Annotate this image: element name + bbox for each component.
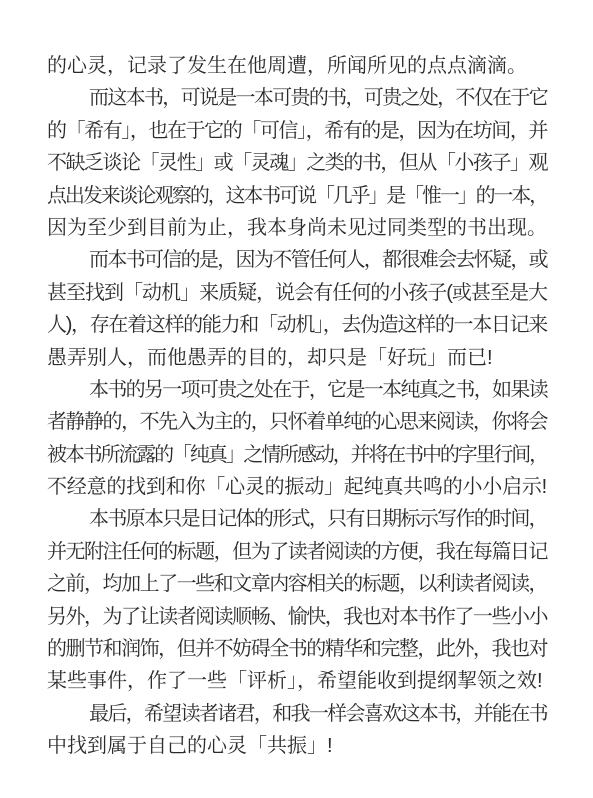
line-text: 之前，均加上了一些和文章内容相关的标题，以利读者阅读， xyxy=(47,568,547,600)
book-page: 的心灵，记录了发生在他周遭，所闻所见的点点滴滴。 而这本书，可说是一本可贵的书，… xyxy=(0,0,593,798)
text-line: 而本书可信的是，因为不管任何人，都很难会去怀疑，或 xyxy=(47,244,547,276)
line-text: 愚弄别人，而他愚弄的目的，却只是「好玩」而已! xyxy=(47,342,493,374)
text-line: 并无附注任何的标题，但为了读者阅读的方便，我在每篇日记 xyxy=(47,536,547,568)
text-line: 愚弄别人，而他愚弄的目的，却只是「好玩」而已! xyxy=(47,342,547,374)
line-text: 人)，存在着这样的能力和「动机」，去伪造这样的一本日记来 xyxy=(47,309,547,341)
line-text: 的心灵，记录了发生在他周遭，所闻所见的点点滴滴。 xyxy=(47,50,527,82)
text-line: 点出发来谈论观察的，这本书可说「几乎」是「惟一」的一本， xyxy=(47,180,547,212)
text-line: 甚至找到「动机」来质疑，说会有任何的小孩子(或甚至是大 xyxy=(47,277,547,309)
line-text: 点出发来谈论观察的，这本书可说「几乎」是「惟一」的一本， xyxy=(47,180,547,212)
text-line: 中找到属于自己的心灵「共振」! xyxy=(47,730,547,762)
text-line: 的心灵，记录了发生在他周遭，所闻所见的点点滴滴。 xyxy=(47,50,547,82)
line-text: 的「希有」，也在于它的「可信」，希有的是，因为在坊间，并 xyxy=(47,115,547,147)
text-line: 最后，希望读者诸君，和我一样会喜欢这本书，并能在书 xyxy=(47,698,547,730)
line-text: 而本书可信的是，因为不管任何人，都很难会去怀疑，或 xyxy=(89,244,547,276)
text-line: 者静静的，不先入为主的，只怀着单纯的心思来阅读，你将会 xyxy=(47,406,547,438)
text-line: 的「希有」，也在于它的「可信」，希有的是，因为在坊间，并 xyxy=(47,115,547,147)
line-text: 不缺乏谈论「灵性」或「灵魂」之类的书，但从「小孩子」观 xyxy=(47,147,547,179)
text-line: 不经意的找到和你「心灵的振动」起纯真共鸣的小小启示! xyxy=(47,471,547,503)
text-line: 的删节和润饰，但并不妨碍全书的精华和完整，此外，我也对 xyxy=(47,633,547,665)
text-line: 被本书所流露的「纯真」之情所感动，并将在书中的字里行间， xyxy=(47,439,547,471)
text-line: 人)，存在着这样的能力和「动机」，去伪造这样的一本日记来 xyxy=(47,309,547,341)
line-text: 者静静的，不先入为主的，只怀着单纯的心思来阅读，你将会 xyxy=(47,406,547,438)
line-text: 因为至少到目前为止，我本身尚未见过同类型的书出现。 xyxy=(47,212,547,244)
line-text: 的删节和润饰，但并不妨碍全书的精华和完整，此外，我也对 xyxy=(47,633,547,665)
line-text: 本书原本只是日记体的形式，只有日期标示写作的时间， xyxy=(89,503,547,535)
line-text: 而这本书，可说是一本可贵的书，可贵之处，不仅在于它 xyxy=(89,82,547,114)
line-text: 最后，希望读者诸君，和我一样会喜欢这本书，并能在书 xyxy=(89,698,547,730)
text-line: 本书原本只是日记体的形式，只有日期标示写作的时间， xyxy=(47,503,547,535)
text-line: 而这本书，可说是一本可贵的书，可贵之处，不仅在于它 xyxy=(47,82,547,114)
text-line: 本书的另一项可贵之处在于，它是一本纯真之书，如果读 xyxy=(47,374,547,406)
line-text: 并无附注任何的标题，但为了读者阅读的方便，我在每篇日记 xyxy=(47,536,547,568)
line-text: 另外，为了让读者阅读顺畅、愉快，我也对本书作了一些小小 xyxy=(47,601,547,633)
text-line: 某些事件，作了一些「评析」，希望能收到提纲挈领之效! xyxy=(47,665,547,697)
line-text: 本书的另一项可贵之处在于，它是一本纯真之书，如果读 xyxy=(89,374,547,406)
page-text: 的心灵，记录了发生在他周遭，所闻所见的点点滴滴。 而这本书，可说是一本可贵的书，… xyxy=(47,50,547,763)
text-line: 另外，为了让读者阅读顺畅、愉快，我也对本书作了一些小小 xyxy=(47,601,547,633)
line-text: 中找到属于自己的心灵「共振」! xyxy=(47,730,333,762)
line-text: 不经意的找到和你「心灵的振动」起纯真共鸣的小小启示! xyxy=(47,471,547,503)
text-line: 不缺乏谈论「灵性」或「灵魂」之类的书，但从「小孩子」观 xyxy=(47,147,547,179)
text-line: 之前，均加上了一些和文章内容相关的标题，以利读者阅读， xyxy=(47,568,547,600)
line-text: 被本书所流露的「纯真」之情所感动，并将在书中的字里行间， xyxy=(47,439,547,471)
text-line: 因为至少到目前为止，我本身尚未见过同类型的书出现。 xyxy=(47,212,547,244)
line-text: 某些事件，作了一些「评析」，希望能收到提纲挈领之效! xyxy=(47,665,543,697)
line-text: 甚至找到「动机」来质疑，说会有任何的小孩子(或甚至是大 xyxy=(47,277,547,309)
